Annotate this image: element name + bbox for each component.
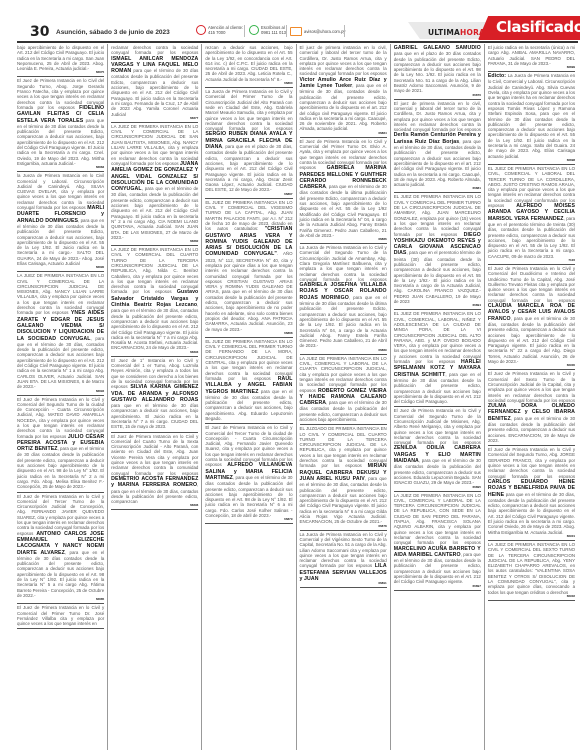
notice-code: 66898	[488, 159, 575, 162]
notice-text: , para que en el término de 30 días, con…	[300, 83, 387, 131]
notice-text: rezcan a deducir sus acciones, bajo aper…	[205, 45, 292, 82]
legal-notice: El juez de primera instancia en lo civil…	[394, 100, 481, 194]
notice-code: 66893	[111, 351, 198, 354]
legal-notice: la Jueza de Primera Instancia en lo Civi…	[17, 172, 104, 272]
divider	[244, 25, 245, 37]
whatsapp-icon	[249, 25, 259, 35]
legal-notice: GABRIEL GALEANO SAMUDIO para que en el p…	[394, 44, 481, 100]
legal-notice: El Juez de Primera Instancia en lo Civil…	[111, 433, 198, 511]
notice-text: para que en el término de 30 días contad…	[17, 118, 104, 166]
legal-notice: El Juez de Primera Instancia en lo Civil…	[394, 407, 481, 491]
divider	[286, 25, 287, 37]
legal-notice: La Jueza de Primera Instancia en lo Civi…	[205, 88, 292, 199]
notice-code: 66882	[111, 240, 198, 243]
notice-code: 66884	[300, 132, 387, 135]
notice-text: , para que en el término de 30 días, con…	[111, 302, 198, 350]
legal-notice: El Juez de Primera Instancia en lo Civil…	[300, 138, 387, 244]
notice-text: LA JUEZ DE PRIMERA INSTANCIA EN LO CIVIL…	[111, 124, 198, 166]
column-1: bajo apercibimiento de lo dispuesto en e…	[17, 44, 107, 750]
legal-notice: El juez de primera instancia en lo civil…	[300, 44, 387, 138]
notice-text: EL JUEZ DE PRIMERA INSTANCIA EN LO CIVIL…	[488, 166, 575, 208]
legal-notice: EL JUEZ DE PRIMERA INSTANCIA EN LO CIVIL…	[205, 338, 292, 424]
page-header: 30 Asunción, sábado 3 de junio de 2023 A…	[0, 0, 580, 42]
publication-date: Asunción, sábado 3 de junio de 2023	[56, 29, 170, 36]
notice-code: 66888	[205, 332, 292, 335]
notice-code: 66895	[394, 486, 481, 489]
notice-text: , para que en el término de 30 días cont…	[300, 295, 387, 349]
notice-text: bajo apercibimiento de lo dispuesto en e…	[17, 45, 104, 71]
notice-text: LA JUEZ DE PRIMERA INSTANCIA EN LO CIVIL…	[111, 247, 198, 294]
notice-code: 66890	[17, 266, 104, 269]
notice-code: 66879	[205, 518, 292, 521]
legal-notice: LA JUEZ DE PRIMERA INSTANCIA EN LO CIVIL…	[17, 272, 104, 395]
notice-text: , para que en el perentorio término de t…	[394, 250, 481, 304]
notice-text: El Juez de Primera Instancia en lo Civil…	[394, 408, 481, 445]
email-contact: avisos@uhora.com.py	[290, 27, 346, 36]
notice-code: 66876	[394, 94, 481, 97]
notice-code: 66901	[488, 535, 575, 538]
notice-text: El juez de primera instancia en lo civil…	[394, 101, 481, 132]
legal-notice: LA JUEZ DE PRIMERA INSTANCIA EN LO CIVIL…	[111, 246, 198, 357]
notice-text: , para que en el término de 30 días, con…	[300, 476, 387, 524]
legal-notice: El Juez de 1° Instancia en lo Civil y Co…	[111, 357, 198, 433]
legal-notice: El Juez de Primera Instancia en lo Civil…	[205, 424, 292, 524]
legal-notice: EL JUZGADO DE PRIMERA INSTANCIA EN LO CI…	[300, 425, 387, 530]
notice-code: 66902	[488, 595, 575, 598]
legal-notice: La Jueza de Primera Instancia en lo Civi…	[300, 244, 387, 355]
legal-notice: El Juez de Primera Instancia en lo Civil…	[488, 446, 575, 541]
notice-code: 66883	[17, 166, 104, 169]
notice-text: EL JUEZ DE PRIMERA INSTANCIA EN LO CIVIL…	[394, 311, 481, 364]
notice-code: 66900	[488, 364, 575, 367]
legal-notice: rezcan a deducir sus acciones, bajo aper…	[205, 44, 292, 88]
legal-notice: Edicto: La Jueza de Primera Instancia en…	[488, 72, 575, 165]
brand-logo: ULTIMAHORA	[428, 28, 485, 37]
notice-text: , para que en el perentorio término de t…	[488, 216, 575, 259]
notice-text: El Juez de Primera Instancia en lo Civil…	[111, 434, 198, 476]
legal-notice: LA JUEZ DE PRIMERA INSTANCIA EN LO CIVIL…	[394, 492, 481, 591]
notice-text: El Juez de Primera Instancia en lo Civil…	[205, 425, 292, 467]
notice-text: , para que en el término de 30 días cont…	[300, 184, 387, 238]
notice-text: La Jueza de Primera Instancia en lo Civi…	[300, 245, 387, 282]
notice-parties: DEMETRIO ACOSTA FERNANDEZ y MARINA FERRE…	[111, 476, 198, 488]
legal-notice: bajo apercibimiento de lo dispuesto en e…	[17, 44, 104, 77]
contact-value: 415 7000	[208, 30, 225, 35]
customer-service-contact: Atención al cliente:415 7000	[196, 25, 243, 35]
contact-value: 0981 111 013	[261, 30, 286, 35]
notice-text: El juez de primera instancia en lo civil…	[300, 45, 387, 76]
notice-text: , para que en el plazo de 30 días, conta…	[205, 144, 292, 192]
notice-text: El Juez de Primera Instancia en lo Civil…	[17, 494, 104, 536]
notice-text: , para que en el término de 30 días, con…	[394, 139, 481, 187]
legal-notice: El Juez de Primera Instancia en lo Civil…	[17, 396, 104, 493]
classifieds-columns: bajo apercibimiento de lo dispuesto en e…	[17, 44, 578, 750]
notice-text: EL JUZGADO DE PRIMERA INSTANCIA EN LO CI…	[300, 426, 387, 468]
notice-text: El Juez de Primera Instancia en lo Civil…	[17, 605, 104, 626]
legal-notice: reclamar derechos contra la sociedad con…	[111, 44, 198, 123]
phone-icon	[196, 25, 206, 35]
notice-code: 66880	[205, 82, 292, 85]
legal-notice: EL JUEZ DE PRIMERA INSTANCIA EN LO CIVIL…	[488, 165, 575, 265]
notice-code: 66899	[488, 66, 575, 69]
notice-text: , para que en el término de 30 días cont…	[205, 475, 292, 518]
legal-notice: El Juez de Primera Instancia en lo Civil…	[488, 265, 575, 370]
notice-code: 66875	[17, 71, 104, 74]
notice-text: EL JUEZ DE PRIMERA INSTANCIA EN LO CIVIL…	[205, 339, 292, 381]
notice-code: 66881	[394, 187, 481, 190]
legal-notice: EL JUEZ DE PRIMERA INSTANCIA EN LO CIVIL…	[394, 193, 481, 310]
notice-text: , para que en el término de 30 días, con…	[488, 316, 575, 364]
legal-notice: El Juez de Primera Instancia en lo Civil…	[17, 77, 104, 172]
contact-value: avisos@uhora.com.py	[304, 29, 346, 34]
notice-code: 7126	[488, 259, 575, 262]
section-banner: Clasificados	[478, 16, 580, 40]
notice-code: 66891	[300, 582, 387, 585]
notice-text: , para que en el término de 30 días, con…	[17, 336, 104, 390]
notice-code: 66886	[300, 238, 387, 241]
notice-text: , para que en el término de 30 días cont…	[17, 446, 104, 489]
notice-text: LA JUEZ DE PRIMERA INSTANCIA EN LO CIVIL…	[394, 493, 481, 546]
notice-text: LA JUEZ DE PRIMERA INSTANCIA EN LO CIVIL…	[488, 542, 575, 595]
divider	[344, 25, 345, 37]
notice-code: 66889	[300, 349, 387, 352]
legal-notice: LA JUEZ DE PRIMERA INSTANCIA EN LO CIVIL…	[488, 541, 575, 601]
legal-notice: LA JUEZ DE PRIMERA INSTANCIA EN LO CIVIL…	[111, 123, 198, 246]
notice-code: 66896	[111, 504, 198, 507]
notice-code: 66892	[17, 390, 104, 393]
notice-text: El Juez de Primera Instancia en lo Civil…	[488, 371, 575, 402]
legal-notice: EL JUEZ DE PRIMERA INSTANCIA EN LO CIVIL…	[205, 199, 292, 338]
notice-text: El Juez de Primera Instancia en lo Civil…	[17, 397, 104, 439]
notice-text: , para que en el término de 30 días cont…	[17, 550, 104, 598]
notice-text: , para que en el término de 30 días, con…	[111, 186, 198, 240]
notice-code: 66897	[394, 585, 481, 588]
notice-text: LA JUEZ DE PRIMERA INSTANCIA EN LO CIVIL…	[17, 273, 104, 315]
column-6: El juicio radica en la secretaría (única…	[484, 44, 578, 750]
column-4: El juez de primera instancia en lo civil…	[296, 44, 390, 750]
legal-notice: El Juez de Primera Instancia en lo Civil…	[488, 370, 575, 446]
notice-code: 66887	[205, 193, 292, 196]
notice-text: . AÑO 2023, N° 112, SECRETARIA N° 40, ci…	[205, 251, 292, 331]
legal-notice: El juicio radica en la secretaría (única…	[488, 44, 575, 72]
legal-notice: EL JUEZ DE PRIMERA INSTANCIA EN LO CIVIL…	[394, 310, 481, 407]
notice-text: La Jueza de Primera Instancia en lo Civi…	[205, 89, 292, 131]
notice-text: reclamar derechos contra la sociedad con…	[111, 45, 198, 55]
notice-text: La Jueza de Primera Instancia en lo Civi…	[488, 73, 575, 158]
notice-text: EL JUEZ DE PRIMERA INSTANCIA EN LO CIVIL…	[394, 194, 481, 236]
notice-code: 66894	[394, 304, 481, 307]
notice-text: , para que en el término de 30 días cont…	[17, 218, 104, 266]
mail-icon	[290, 27, 302, 36]
notice-parties: GABRIEL GALEANO SAMUDIO	[394, 45, 481, 51]
notice-text: para que en el término de 30 días, conta…	[488, 492, 575, 535]
notice-code: 66878	[300, 525, 387, 528]
notice-text: para que el término de 30 días contados …	[111, 68, 198, 116]
legal-notice: El Juez de Primera Instancia en lo Civil…	[17, 493, 104, 605]
legal-notice: La Jueza de Primera Instancia en lo Civi…	[300, 531, 387, 589]
legal-notice: LA JUEZ DE PRIMERA INSTANCIA EN LO CIVIL…	[300, 355, 387, 426]
page-number: 30	[30, 24, 49, 40]
column-3: rezcan a deducir sus acciones, bajo aper…	[201, 44, 295, 750]
whatsapp-contact: Escribinos al0981 111 013	[249, 25, 286, 35]
legal-notice: El Juez de Primera Instancia en lo Civil…	[17, 604, 104, 629]
notice-parties: Edicto:	[488, 73, 506, 79]
notice-text: La Jueza de Primera Instancia en lo Civi…	[300, 532, 387, 569]
column-2: reclamar derechos contra la sociedad con…	[107, 44, 201, 750]
notice-text: El Juez de Primera Instancia en lo Civil…	[488, 447, 575, 478]
notice-text: El Juez de Primera Instancia en lo Civil…	[488, 266, 575, 303]
section-title: Clasificados	[496, 18, 580, 36]
notice-text: para que en el plazo de 30 días contados…	[394, 51, 481, 93]
notice-text: para que en el término de 30 días compar…	[111, 403, 198, 429]
column-5: GABRIEL GALEANO SAMUDIO para que en el p…	[390, 44, 484, 750]
notice-code: 66877	[111, 117, 198, 120]
notice-code: 66885	[17, 598, 104, 601]
top-rule	[17, 41, 578, 43]
notice-text: El juicio radica en la secretaría (única…	[488, 45, 575, 66]
